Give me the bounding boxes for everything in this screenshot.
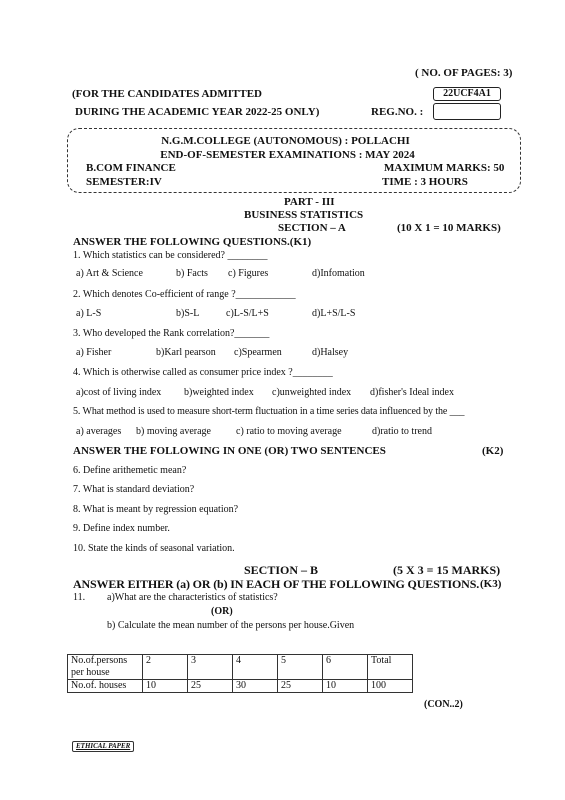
- table-cell: 100: [368, 680, 413, 693]
- q3-option-c: c)Spearmen: [234, 347, 282, 358]
- table-cell: 4: [233, 655, 278, 680]
- q4-option-a: a)cost of living index: [76, 387, 161, 398]
- reg-no-label: REG.NO. :: [371, 106, 423, 118]
- question-11a: a)What are the characteristics of statis…: [107, 592, 278, 603]
- part-label: PART - III: [284, 196, 335, 208]
- question-5: 5. What method is used to measure short-…: [73, 406, 464, 417]
- q1-option-c: c) Figures: [228, 268, 268, 279]
- q1-option-a: a) Art & Science: [76, 268, 143, 279]
- course-code-box: 22UCF4A1: [433, 87, 501, 101]
- q2-option-b: b)S-L: [176, 308, 199, 319]
- continued-label: (CON..2): [424, 699, 463, 710]
- table-cell: 5: [278, 655, 323, 680]
- section-a-title: SECTION – A: [278, 222, 346, 234]
- q5-option-d: d)ratio to trend: [372, 426, 432, 437]
- college-name: N.G.M.COLLEGE (AUTONOMOUS) : POLLACHI: [0, 135, 565, 147]
- section-b-title: SECTION – B: [244, 563, 318, 578]
- section-a-instruction-k1: ANSWER THE FOLLOWING QUESTIONS.(K1): [73, 236, 311, 248]
- persons-per-house-table: No.of.persons per house 2 3 4 5 6 Total …: [67, 654, 413, 693]
- maximum-marks: MAXIMUM MARKS: 50: [384, 162, 504, 174]
- table-cell: 3: [188, 655, 233, 680]
- question-7: 7. What is standard deviation?: [73, 484, 194, 495]
- table-cell: 6: [323, 655, 368, 680]
- semester: SEMESTER:IV: [86, 176, 162, 188]
- q4-option-c: c)unweighted index: [272, 387, 351, 398]
- table-row: No.of. houses 10 25 30 25 10 100: [68, 680, 413, 693]
- q1-option-d: d)Infomation: [312, 268, 365, 279]
- q4-option-d: d)fisher's Ideal index: [370, 387, 454, 398]
- reg-no-field[interactable]: [433, 103, 501, 120]
- question-11-number: 11.: [73, 592, 85, 603]
- q2-option-c: c)L-S/L+S: [226, 308, 269, 319]
- q5-option-c: c) ratio to moving average: [236, 426, 342, 437]
- q5-option-a: a) averages: [76, 426, 121, 437]
- section-a-marks: (10 X 1 = 10 MARKS): [397, 222, 501, 234]
- table-cell: 2: [143, 655, 188, 680]
- question-11-or: (OR): [211, 606, 233, 617]
- page-count: ( NO. OF PAGES: 3): [415, 67, 512, 79]
- ethical-paper-tag: ETHICAL PAPER: [72, 741, 134, 752]
- table-cell: 10: [323, 680, 368, 693]
- candidates-note-line1: (FOR THE CANDIDATES ADMITTED: [72, 88, 262, 100]
- table-cell: Total: [368, 655, 413, 680]
- table-cell: No.of. houses: [68, 680, 143, 693]
- question-9: 9. Define index number.: [73, 523, 170, 534]
- question-4: 4. Which is otherwise called as consumer…: [73, 367, 333, 378]
- course-code: 22UCF4A1: [443, 88, 491, 99]
- question-11b: b) Calculate the mean number of the pers…: [107, 620, 354, 631]
- table-cell: 30: [233, 680, 278, 693]
- k2-label: (K2): [482, 445, 503, 457]
- table-cell: No.of.persons per house: [68, 655, 143, 680]
- section-a-instruction-k2: ANSWER THE FOLLOWING IN ONE (OR) TWO SEN…: [73, 445, 386, 457]
- question-2: 2. Which denotes Co-efficient of range ?…: [73, 289, 296, 300]
- q1-option-b: b) Facts: [176, 268, 208, 279]
- q3-option-d: d)Halsey: [312, 347, 348, 358]
- question-8: 8. What is meant by regression equation?: [73, 504, 238, 515]
- k3-label: (K3): [480, 578, 501, 590]
- question-1: 1. Which statistics can be considered? _…: [73, 250, 268, 261]
- table-row: No.of.persons per house 2 3 4 5 6 Total: [68, 655, 413, 680]
- subject-title: BUSINESS STATISTICS: [244, 209, 363, 221]
- question-10: 10. State the kinds of seasonal variatio…: [73, 543, 235, 554]
- program-name: B.COM FINANCE: [86, 162, 176, 174]
- section-b-marks: (5 X 3 = 15 MARKS): [393, 563, 500, 578]
- q4-option-b: b)weighted index: [184, 387, 254, 398]
- question-6: 6. Define arithemetic mean?: [73, 465, 186, 476]
- section-b-instruction: ANSWER EITHER (a) OR (b) IN EACH OF THE …: [73, 577, 479, 592]
- table-cell: 25: [188, 680, 233, 693]
- exam-time: TIME : 3 HOURS: [382, 176, 468, 188]
- q2-option-d: d)L+S/L-S: [312, 308, 355, 319]
- q2-option-a: a) L-S: [76, 308, 101, 319]
- q5-option-b: b) moving average: [136, 426, 211, 437]
- table-cell: 25: [278, 680, 323, 693]
- q3-option-b: b)Karl pearson: [156, 347, 216, 358]
- q3-option-a: a) Fisher: [76, 347, 111, 358]
- question-3: 3. Who developed the Rank correlation?__…: [73, 328, 269, 339]
- exam-title: END-OF-SEMESTER EXAMINATIONS : MAY 2024: [0, 149, 565, 161]
- candidates-note-line2: DURING THE ACADEMIC YEAR 2022-25 ONLY): [75, 106, 319, 118]
- table-cell: 10: [143, 680, 188, 693]
